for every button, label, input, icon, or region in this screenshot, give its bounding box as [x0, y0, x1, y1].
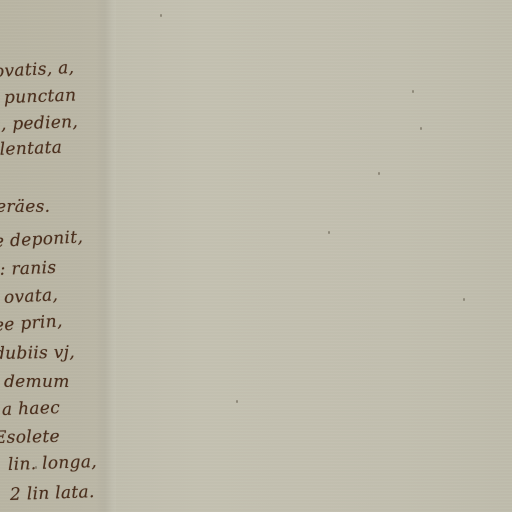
paper-speck	[160, 14, 162, 17]
paper-speck	[378, 172, 380, 175]
manuscript-line: demum	[4, 372, 70, 392]
manuscript-line: ovatis, a,	[0, 58, 75, 82]
handwritten-text-column: ovatis, a, punctan ), pedien, llentata e…	[0, 0, 120, 512]
manuscript-line: i: ranis	[0, 258, 57, 280]
paper-speck	[420, 127, 422, 130]
manuscript-line: ee prin,	[0, 311, 63, 336]
manuscript-line: 2 lin lata.	[10, 482, 95, 505]
manuscript-line: dubiis vj,	[0, 343, 75, 364]
manuscript-line: lin. longa,	[8, 452, 98, 475]
manuscript-line: a haec	[2, 398, 61, 420]
manuscript-line: llentata	[0, 138, 63, 160]
paper-speck	[412, 90, 414, 93]
manuscript-line: punctan	[4, 85, 77, 108]
paper-speck	[463, 298, 465, 301]
manuscript-line: ), pedien,	[0, 112, 78, 135]
manuscript-line: eräes.	[0, 197, 50, 217]
paper-speck	[236, 400, 238, 403]
manuscript-line: e deponit,	[0, 227, 84, 252]
manuscript-page: ovatis, a, punctan ), pedien, llentata e…	[0, 0, 512, 512]
manuscript-line: ovata,	[3, 285, 58, 308]
manuscript-line: Esolete	[0, 427, 60, 448]
paper-speck	[328, 231, 330, 234]
